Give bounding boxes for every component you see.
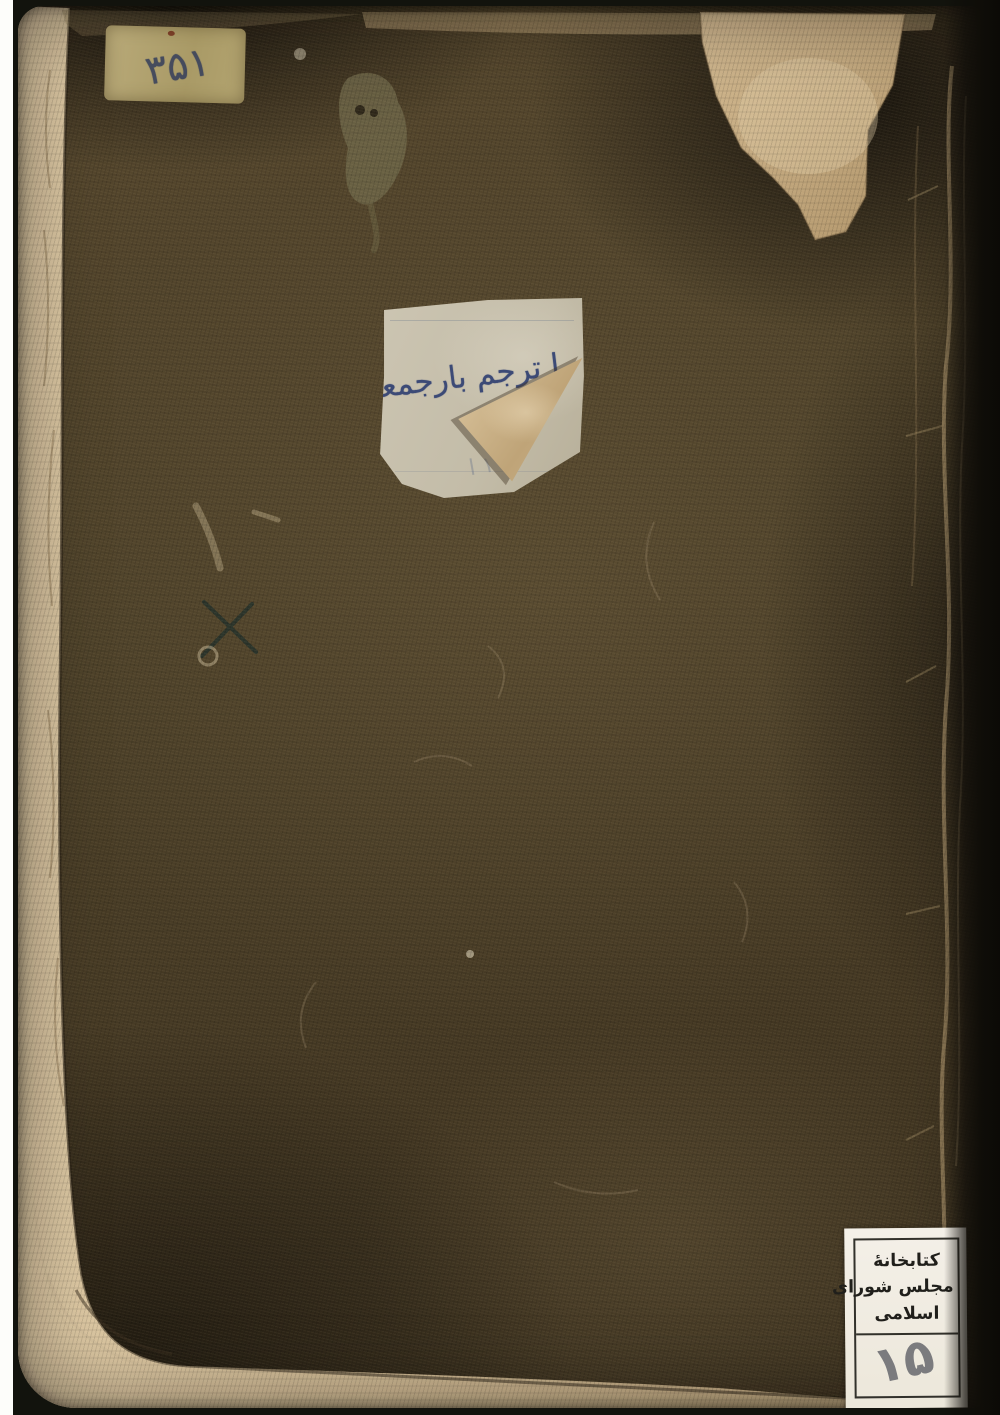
page-edge-wear [18, 6, 846, 1408]
shelf-number-text: ۳۵۱ [142, 38, 213, 94]
library-name-line3: اسلامی [860, 1300, 954, 1327]
cover-wear-artwork [18, 6, 986, 1408]
library-name-line2: مجلس شورای [860, 1274, 954, 1301]
slip-ruled-line [390, 320, 573, 321]
copy-number: ۱۵ [868, 1326, 940, 1396]
shelf-number-label: ۳۵۱ [104, 25, 246, 104]
red-ink-speck [168, 31, 175, 36]
leather-cracks [301, 66, 966, 1351]
stain-mark [339, 73, 407, 250]
scratch-marks [196, 48, 474, 958]
title-slip: ( ۱ ا ا ترجم بارجمعه [378, 296, 586, 498]
torn-leather-patch [700, 12, 905, 240]
fore-edge-shadow [944, 0, 1000, 1415]
library-name: کتابخانۀ مجلس شورای اسلامی [855, 1240, 958, 1336]
library-name-line1: کتابخانۀ [859, 1248, 953, 1275]
scanner-margin-strip [0, 0, 13, 1415]
book-cover: ۳۵۱ ( ۱ ا ا ترجم بارجمعه کتابخانۀ مجلس ش… [18, 6, 986, 1408]
